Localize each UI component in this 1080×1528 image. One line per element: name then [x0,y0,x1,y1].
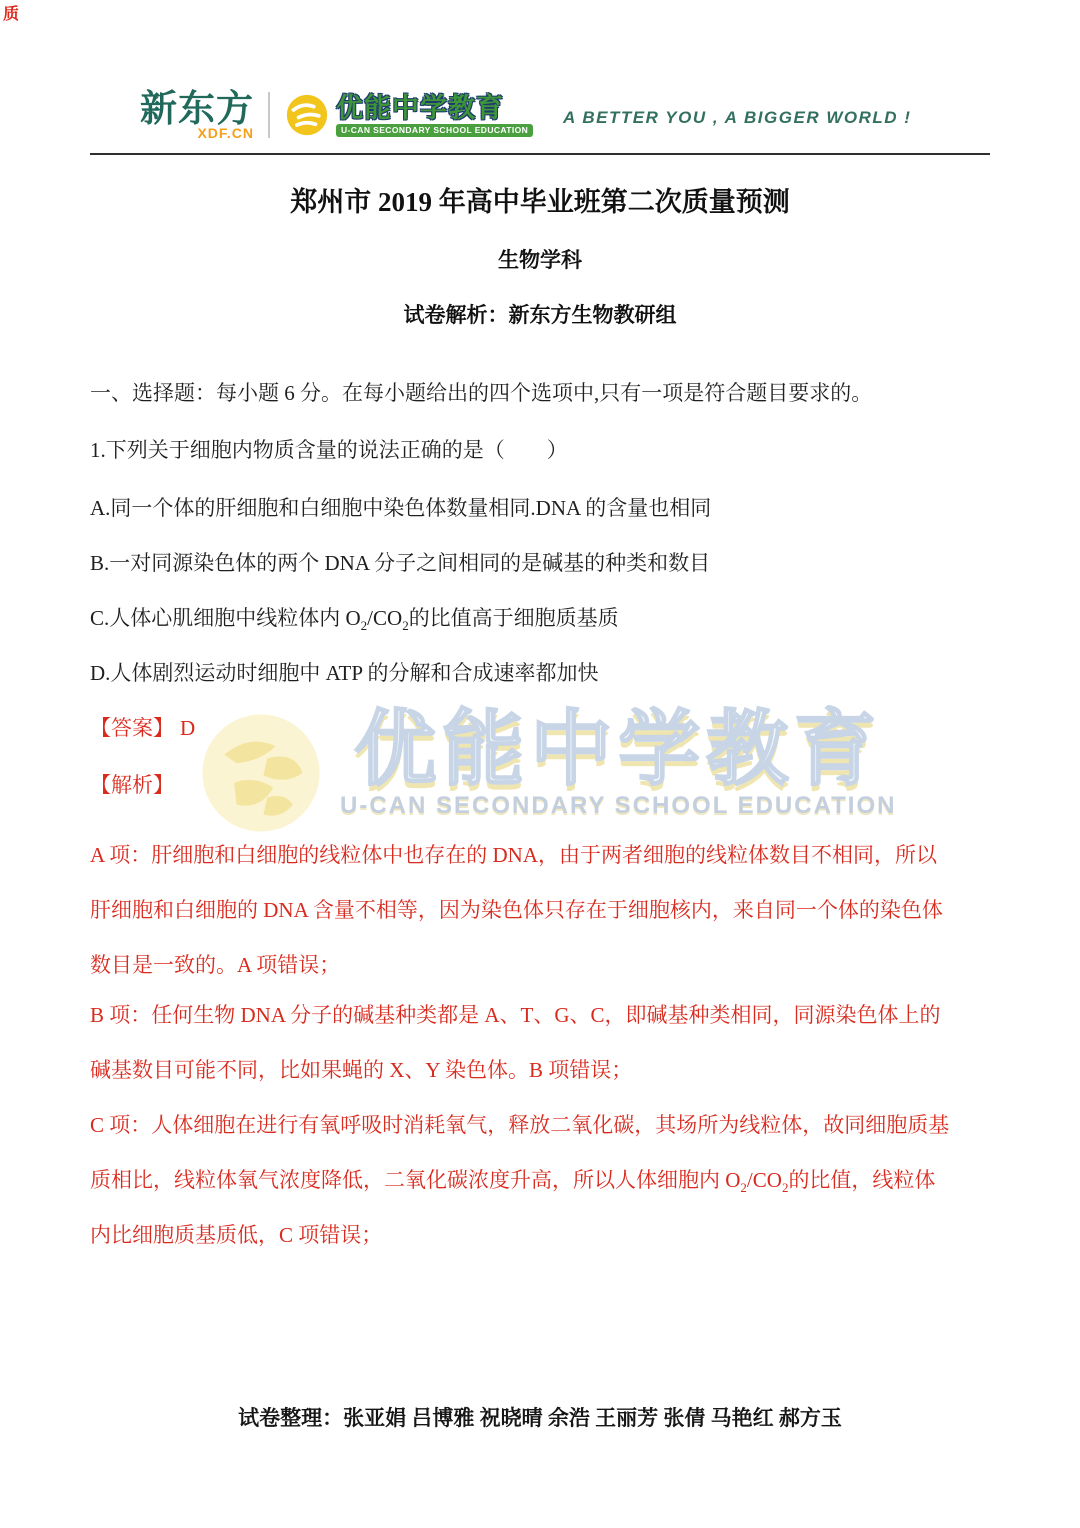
option-c-text: C.人体心肌细胞中线粒体内 O [90,606,361,630]
analysis-c-line3: 内比细胞质基质低，C 项错误； [90,1222,1000,1249]
analysis-label: 【解析】 [90,772,1000,799]
analysis-b-line1: B 项：任何生物 DNA 分子的碱基种类都是 A、T、G、C，即碱基种类相同，同… [90,1002,1000,1029]
option-d: D.人体剧烈运动时细胞中 ATP 的分解和合成速率都加快 [90,660,1000,687]
ucan-logo-cn: 优能中学教育 [336,94,504,122]
page-title: 郑州市 2019 年高中毕业班第二次质量预测 [0,180,1080,219]
subject-title: 生物学科 [0,244,1080,274]
section-intro: 一、选择题：每小题 6 分。在每小题给出的四个选项中,只有一项是符合题目要求的。 [90,380,1000,407]
analysis-c-line2-post: 的比值，线粒体 [788,1168,935,1192]
ucan-text: 优能中学教育 U-CAN SECONDARY SCHOOL EDUCATION [336,94,533,137]
globe-icon [286,94,328,136]
byline: 试卷解析：新东方生物教研组 [0,299,1080,329]
answer-label: 【答案】 [90,716,174,740]
ucan-logo: 优能中学教育 U-CAN SECONDARY SCHOOL EDUCATION [286,94,533,137]
option-c-post: 的比值高于细胞质基质 [409,606,619,630]
option-c: C.人体心肌细胞中线粒体内 O2/CO2的比值高于细胞质基质 [90,605,1000,632]
xdf-logo: 新东方 XDF.CN [140,90,254,140]
question-stem: 1.下列关于细胞内物质含量的说法正确的是（ ） [90,437,1000,464]
analysis-c-line2-pre: 质相比，线粒体氧气浓度降低，二氧化碳浓度升高，所以人体细胞内 O [90,1168,740,1192]
header: 新东方 XDF.CN 优能中学教育 U-CAN SECONDARY SCHOOL… [140,90,533,140]
analysis-c-line2-mid: /CO [747,1168,782,1192]
xdf-logo-cn: 新东方 [140,90,254,128]
answer-value: D [180,716,195,740]
option-c-mid: /CO [367,606,402,630]
analysis-b-line2: 碱基数目可能不同，比如果蝇的 X、Y 染色体。B 项错误； [90,1057,1000,1084]
corner-artifact: 质 [3,1,19,24]
analysis-a-line3: 数目是一致的。A 项错误； [90,952,1000,979]
footer-credits: 试卷整理：张亚娟 吕博雅 祝晓晴 余浩 王丽芳 张倩 马艳红 郝方玉 [0,1402,1080,1432]
document-page: 质 优能中学教育 U-CAN SECONDARY SCHOOL EDUCATIO… [0,0,1080,1528]
ucan-logo-banner: U-CAN SECONDARY SCHOOL EDUCATION [336,124,533,137]
option-b: B.一对同源染色体的两个 DNA 分子之间相同的是碱基的种类和数目 [90,550,1000,577]
logo-divider [268,92,270,138]
analysis-c-line1: C 项：人体细胞在进行有氧呼吸时消耗氧气，释放二氧化碳，其场所为线粒体，故同细胞… [90,1112,1000,1139]
analysis-a-line1: A 项：肝细胞和白细胞的线粒体中也存在的 DNA，由于两者细胞的线粒体数目不相同… [90,842,1000,869]
header-tagline: A BETTER YOU , A BIGGER WORLD ! [563,108,911,128]
option-a: A.同一个体的肝细胞和白细胞中染色体数量相同.DNA 的含量也相同 [90,495,1000,522]
xdf-logo-url: XDF.CN [197,126,254,140]
analysis-c-line2: 质相比，线粒体氧气浓度降低，二氧化碳浓度升高，所以人体细胞内 O2/CO2的比值… [90,1167,1000,1194]
analysis-a-line2: 肝细胞和白细胞的 DNA 含量不相等，因为染色体只存在于细胞核内，来自同一个体的… [90,897,1000,924]
answer-line: 【答案】D [90,715,1000,742]
header-rule [90,153,990,155]
